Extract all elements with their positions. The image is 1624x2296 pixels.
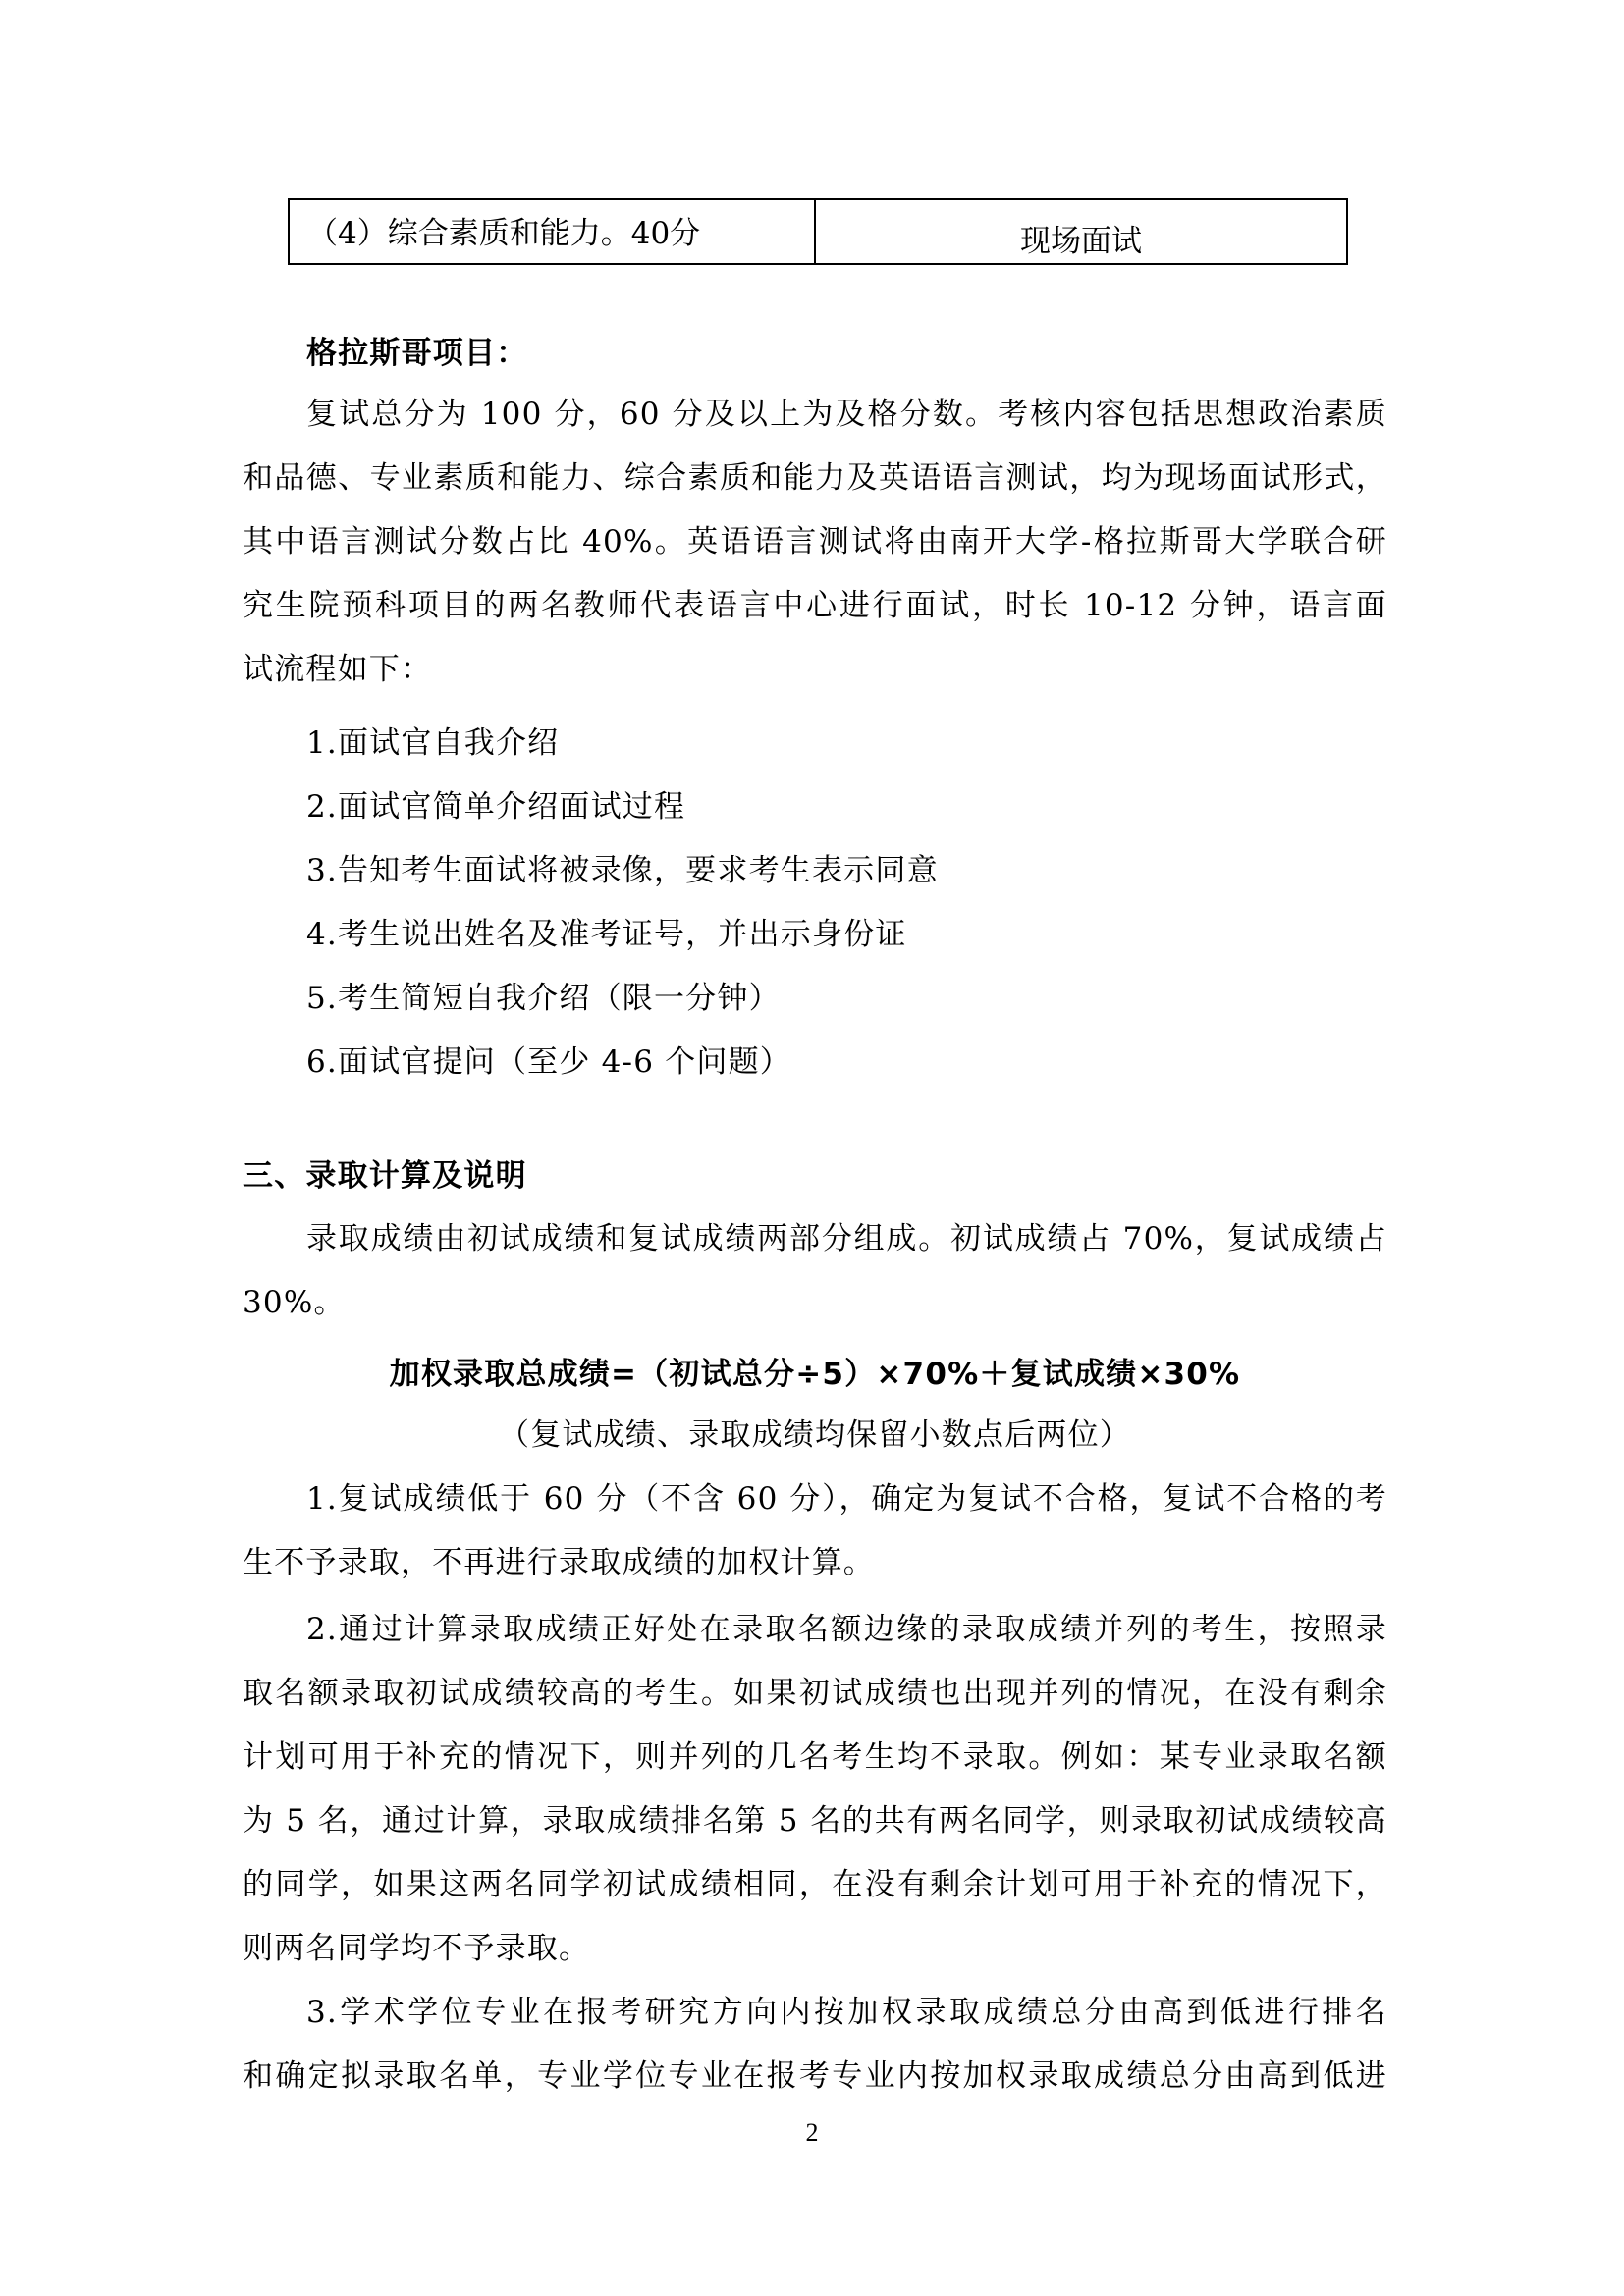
rule1-line: 1.复试成绩低于 60 分（不含 60 分），确定为复试不合格，复试不合格的考 <box>306 1479 1387 1519</box>
rule2-line: 2.通过计算录取成绩正好处在录取名额边缘的录取成绩并列的考生，按照录 <box>306 1610 1387 1649</box>
interview-step: 4.考生说出姓名及准考证号，并出示身份证 <box>306 915 1387 954</box>
intro-line: 30%。 <box>243 1283 1387 1322</box>
rule1-line: 生不予录取，不再进行录取成绩的加权计算。 <box>243 1543 1387 1582</box>
table-cell-item: （4）综合素质和能力。40分 <box>289 199 815 264</box>
glasgow-para-line: 和品德、专业素质和能力、综合素质和能力及英语语言测试，均为现场面试形式， <box>243 458 1387 498</box>
section-heading: 三、录取计算及说明 <box>243 1156 1387 1196</box>
table-cell-method: 现场面试 <box>815 199 1347 264</box>
rule2-line: 则两名同学均不予录取。 <box>243 1929 1387 1968</box>
interview-step: 1.面试官自我介绍 <box>306 723 1387 763</box>
score-table: （4）综合素质和能力。40分 现场面试 <box>288 198 1348 265</box>
formula: 加权录取总成绩=（初试总分÷5）×70%＋复试成绩×30% <box>243 1355 1387 1394</box>
interview-step: 6.面试官提问（至少 4-6 个问题） <box>306 1042 1387 1082</box>
rule3-line: 和确定拟录取名单，专业学位专业在报考专业内按加权录取成绩总分由高到低进 <box>243 2056 1387 2096</box>
interview-step: 5.考生简短自我介绍（限一分钟） <box>306 979 1387 1018</box>
interview-step: 2.面试官简单介绍面试过程 <box>306 787 1387 827</box>
page-number: 2 <box>0 2118 1624 2148</box>
rule3-line: 3.学术学位专业在报考研究方向内按加权录取成绩总分由高到低进行排名 <box>306 1993 1387 2032</box>
formula-note: （复试成绩、录取成绩均保留小数点后两位） <box>243 1415 1387 1455</box>
interview-step: 3.告知考生面试将被录像，要求考生表示同意 <box>306 851 1387 890</box>
rule2-line: 的同学，如果这两名同学初试成绩相同，在没有剩余计划可用于补充的情况下， <box>243 1865 1387 1904</box>
glasgow-para-line: 复试总分为 100 分，60 分及以上为及格分数。考核内容包括思想政治素质 <box>306 395 1387 434</box>
glasgow-para-line: 试流程如下： <box>243 650 1387 689</box>
intro-line: 录取成绩由初试成绩和复试成绩两部分组成。初试成绩占 70%，复试成绩占 <box>306 1219 1387 1258</box>
rule2-line: 取名额录取初试成绩较高的考生。如果初试成绩也出现并列的情况，在没有剩余 <box>243 1674 1387 1713</box>
rule2-line: 计划可用于补充的情况下，则并列的几名考生均不录取。例如：某专业录取名额 <box>243 1737 1387 1777</box>
glasgow-para-line: 究生院预科项目的两名教师代表语言中心进行面试，时长 10-12 分钟，语言面 <box>243 586 1387 625</box>
glasgow-heading: 格拉斯哥项目： <box>306 334 1387 373</box>
glasgow-para-line: 其中语言测试分数占比 40%。英语语言测试将由南开大学-格拉斯哥大学联合研 <box>243 522 1387 561</box>
table-row: （4）综合素质和能力。40分 现场面试 <box>289 199 1347 264</box>
rule2-line: 为 5 名，通过计算，录取成绩排名第 5 名的共有两名同学，则录取初试成绩较高 <box>243 1801 1387 1841</box>
